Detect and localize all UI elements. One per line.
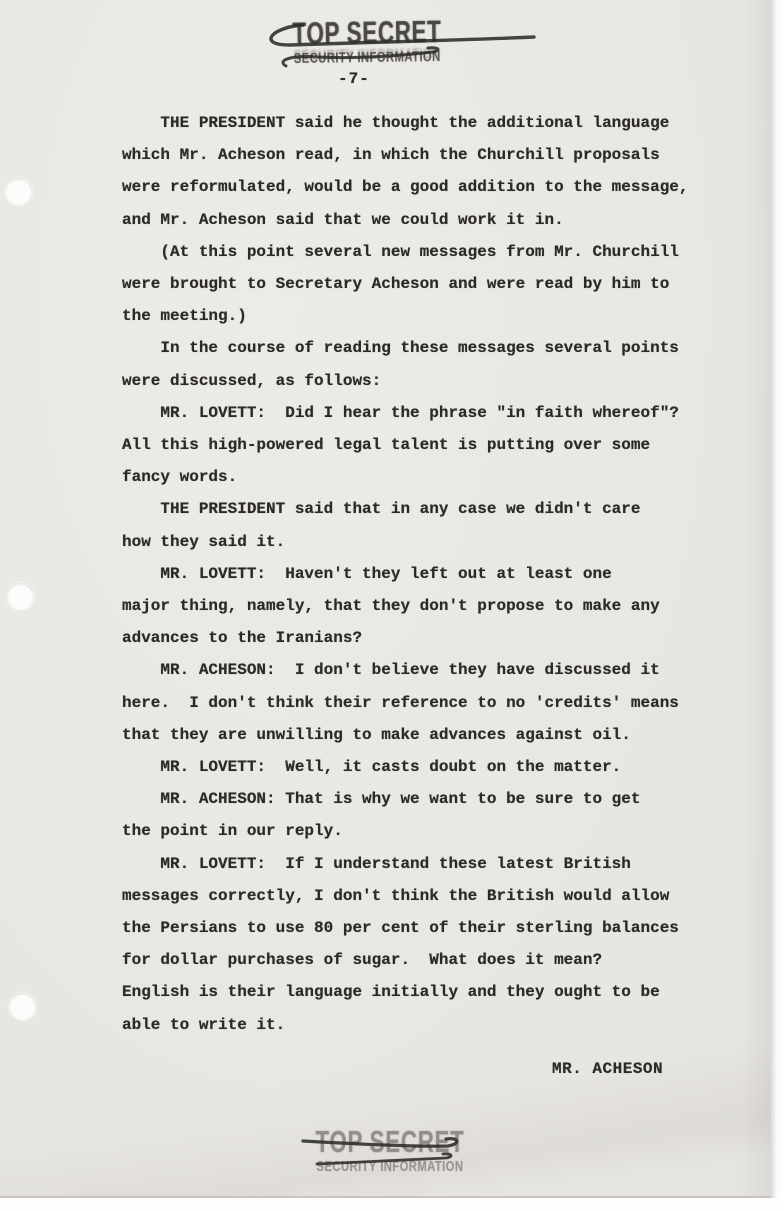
scanned-document-page: TOP SECRET SECURITY INFORMATION -7- THE … [0,0,784,1211]
stamp-security-information-text: SECURITY INFORMATION [308,1160,472,1175]
top-secret-stamp-header: TOP SECRET SECURITY INFORMATION [262,16,473,67]
punch-hole [9,993,36,1020]
punch-hole [7,583,34,610]
page-number: -7- [338,70,370,88]
scanner-background-bottom [0,1198,784,1211]
paragraph: MR. LOVETT: Well, it casts doubt on the … [122,751,702,783]
document-body: THE PRESIDENT said he thought the additi… [122,107,702,1041]
stamp-classification-text: TOP SECRET [314,1126,465,1157]
paragraph: MR. LOVETT: Haven't they left out at lea… [122,558,702,655]
stamp-security-information-text: SECURITY INFORMATION [285,50,449,67]
paragraph: In the course of reading these messages … [122,332,702,396]
punch-hole [5,178,32,205]
speaker-attribution-signature: MR. ACHESON [552,1060,663,1078]
paragraph: MR. LOVETT: Did I hear the phrase "in fa… [122,397,702,494]
paragraph: MR. ACHESON: That is why we want to be s… [122,783,702,847]
scanner-background-right [771,0,784,1211]
paragraph: MR. ACHESON: I don't believe they have d… [122,654,702,751]
paragraph: MR. LOVETT: If I understand these latest… [122,848,702,1041]
stamp-classification-text: TOP SECRET [291,16,443,49]
paragraph: THE PRESIDENT said he thought the additi… [122,107,702,236]
top-secret-stamp-footer: TOP SECRET SECURITY INFORMATION [285,1126,495,1175]
paragraph: THE PRESIDENT said that in any case we d… [122,493,702,557]
paragraph: (At this point several new messages from… [122,236,702,333]
